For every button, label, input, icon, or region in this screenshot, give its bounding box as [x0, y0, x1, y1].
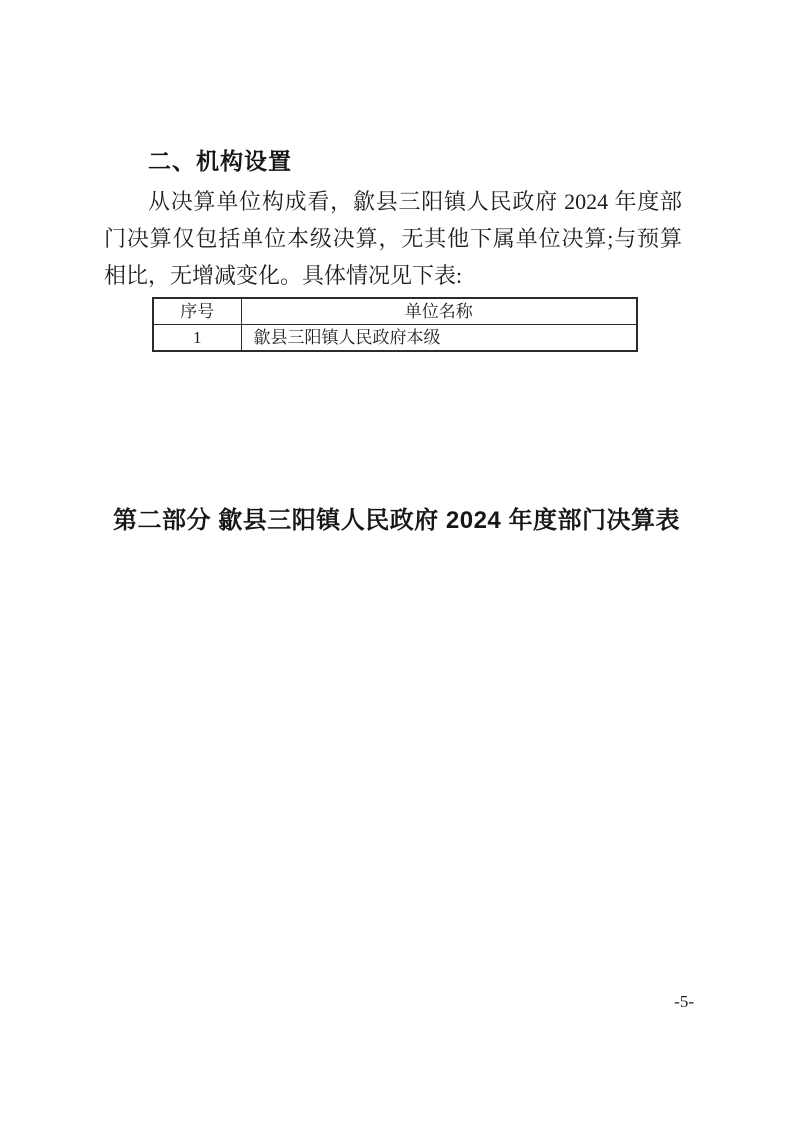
page-number: -5-	[674, 992, 694, 1012]
page-content: 二、机构设置 从决算单位构成看，歙县三阳镇人民政府 2024 年度部门决算仅包括…	[104, 146, 682, 352]
section-heading: 二、机构设置	[104, 146, 682, 176]
table-header-name: 单位名称	[241, 298, 637, 325]
table-row: 1 歙县三阳镇人民政府本级	[153, 325, 637, 352]
table-cell-name: 歙县三阳镇人民政府本级	[241, 325, 637, 352]
body-paragraph: 从决算单位构成看，歙县三阳镇人民政府 2024 年度部门决算仅包括单位本级决算，…	[104, 183, 682, 294]
units-table: 序号 单位名称 1 歙县三阳镇人民政府本级	[152, 297, 638, 352]
part-heading: 第二部分 歙县三阳镇人民政府 2024 年度部门决算表	[0, 505, 793, 537]
document-page: 二、机构设置 从决算单位构成看，歙县三阳镇人民政府 2024 年度部门决算仅包括…	[0, 0, 793, 1122]
table-header-row: 序号 单位名称	[153, 298, 637, 325]
table-header-no: 序号	[153, 298, 241, 325]
table-cell-no: 1	[153, 325, 241, 352]
